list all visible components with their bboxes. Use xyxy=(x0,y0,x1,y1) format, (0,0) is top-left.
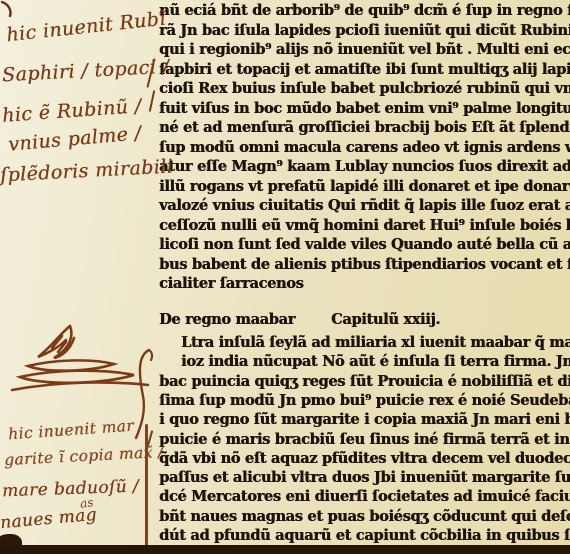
print-line: i quo regno ſũt margarite i copia maxiã … xyxy=(159,411,566,429)
margin-note: mare baduoſũ / xyxy=(2,477,140,502)
print-line: q̃dã vbi nõ eſt aquaz pfũdites vltra dec… xyxy=(159,449,566,467)
print-line: cioſi Rex buius inſule babet pulcbriozé … xyxy=(159,80,566,98)
print-line: fuit viſus in boc mũdo babet enim vni⁹ p… xyxy=(159,99,566,117)
print-line: dcé Mercatores eni diuerſi ſocietates ad… xyxy=(159,488,566,506)
print-line: cialiter ſarracenos xyxy=(159,275,566,293)
corner-pen-mark xyxy=(0,0,18,18)
print-line: ſup modũ omni macula carens adeo vt igni… xyxy=(159,138,566,156)
margin-note: vnius palme / xyxy=(7,122,142,156)
chapter-heading-title: De regno maabar xyxy=(159,311,295,328)
print-line: licoſi non ſunt ſed valde viles Quando a… xyxy=(159,236,566,254)
margin-rule-line xyxy=(145,424,148,546)
print-line: paſſus et alicubi vltra duos Jbi inueniũ… xyxy=(159,469,566,487)
margin-note: garite ĩ copia max̃ / xyxy=(4,443,164,469)
print-line: atur eſſe Magn⁹ kaam Lublay nuncios ſuos… xyxy=(159,158,566,176)
margin-note: Saphiri / topaci / xyxy=(2,56,170,87)
print-line: ſapbiri et topacij et amatiſte ibi ſunt … xyxy=(159,60,566,78)
print-line: nũ eciá bñt de arborib⁹ de quib⁹ dcm̃ é … xyxy=(159,2,566,20)
print-line: Ltra inſulã ſeylã ad miliaria xl iuenit … xyxy=(181,334,566,352)
pen-flourish xyxy=(133,348,155,440)
manuscript-page: nũ eciá bñt de arborib⁹ de quib⁹ dcm̃ é … xyxy=(0,0,570,554)
print-line: qui i regionib⁹ alijs nõ inueniũt vel bñ… xyxy=(159,41,566,59)
margin-note: hic inuenit mar xyxy=(8,417,135,444)
print-line: valozé vnius ciuitatis Qui rñdit q̃ lapi… xyxy=(159,197,566,215)
print-line: dút ad pfundũ aquarũ et capiunt cõcbilia… xyxy=(159,527,566,545)
print-line: ioz india nũcupat Nõ aũt é inſula ſi ter… xyxy=(181,353,566,371)
print-line: ceſſozũ nulli eũ vmq̃ homini daret Hui⁹ … xyxy=(159,216,566,234)
margin-note: hic inuenit Rubĩ xyxy=(5,8,166,47)
margin-note-superscript: as xyxy=(79,495,94,511)
print-line: bñt naues magnas et puas boiésqʒ cõducun… xyxy=(159,507,566,525)
print-line: puicie é maris bracbiũ ſeu ſinus iné fir… xyxy=(159,430,566,448)
ink-slash xyxy=(149,90,156,112)
print-line: rã Jn bac iſula lapides pcioſi iueniũt q… xyxy=(159,21,566,39)
chapter-heading: De regno maabar Capitulũ xxiij. xyxy=(159,311,566,328)
print-line: né et ad menſurã groſſiciei bracbij bois… xyxy=(159,119,566,137)
print-line: illũ rogans vt prefatũ lapidé illi donar… xyxy=(159,177,566,195)
margin-note: ſplẽdoris mirabili xyxy=(0,155,174,186)
print-line: bus babent de alienis ptibus ſtipendiari… xyxy=(159,255,566,273)
margin-note: hic ẽ Rubinũ / xyxy=(1,95,142,127)
print-line: ſima ſup modũ Jn pmo bui⁹ puicie rex é n… xyxy=(159,392,566,410)
print-line: bac puincia quiqʒ reges ſũt Prouicia é n… xyxy=(159,372,566,390)
scan-edge-band xyxy=(0,545,570,554)
chapter-number: Capitulũ xxiij. xyxy=(331,311,440,328)
